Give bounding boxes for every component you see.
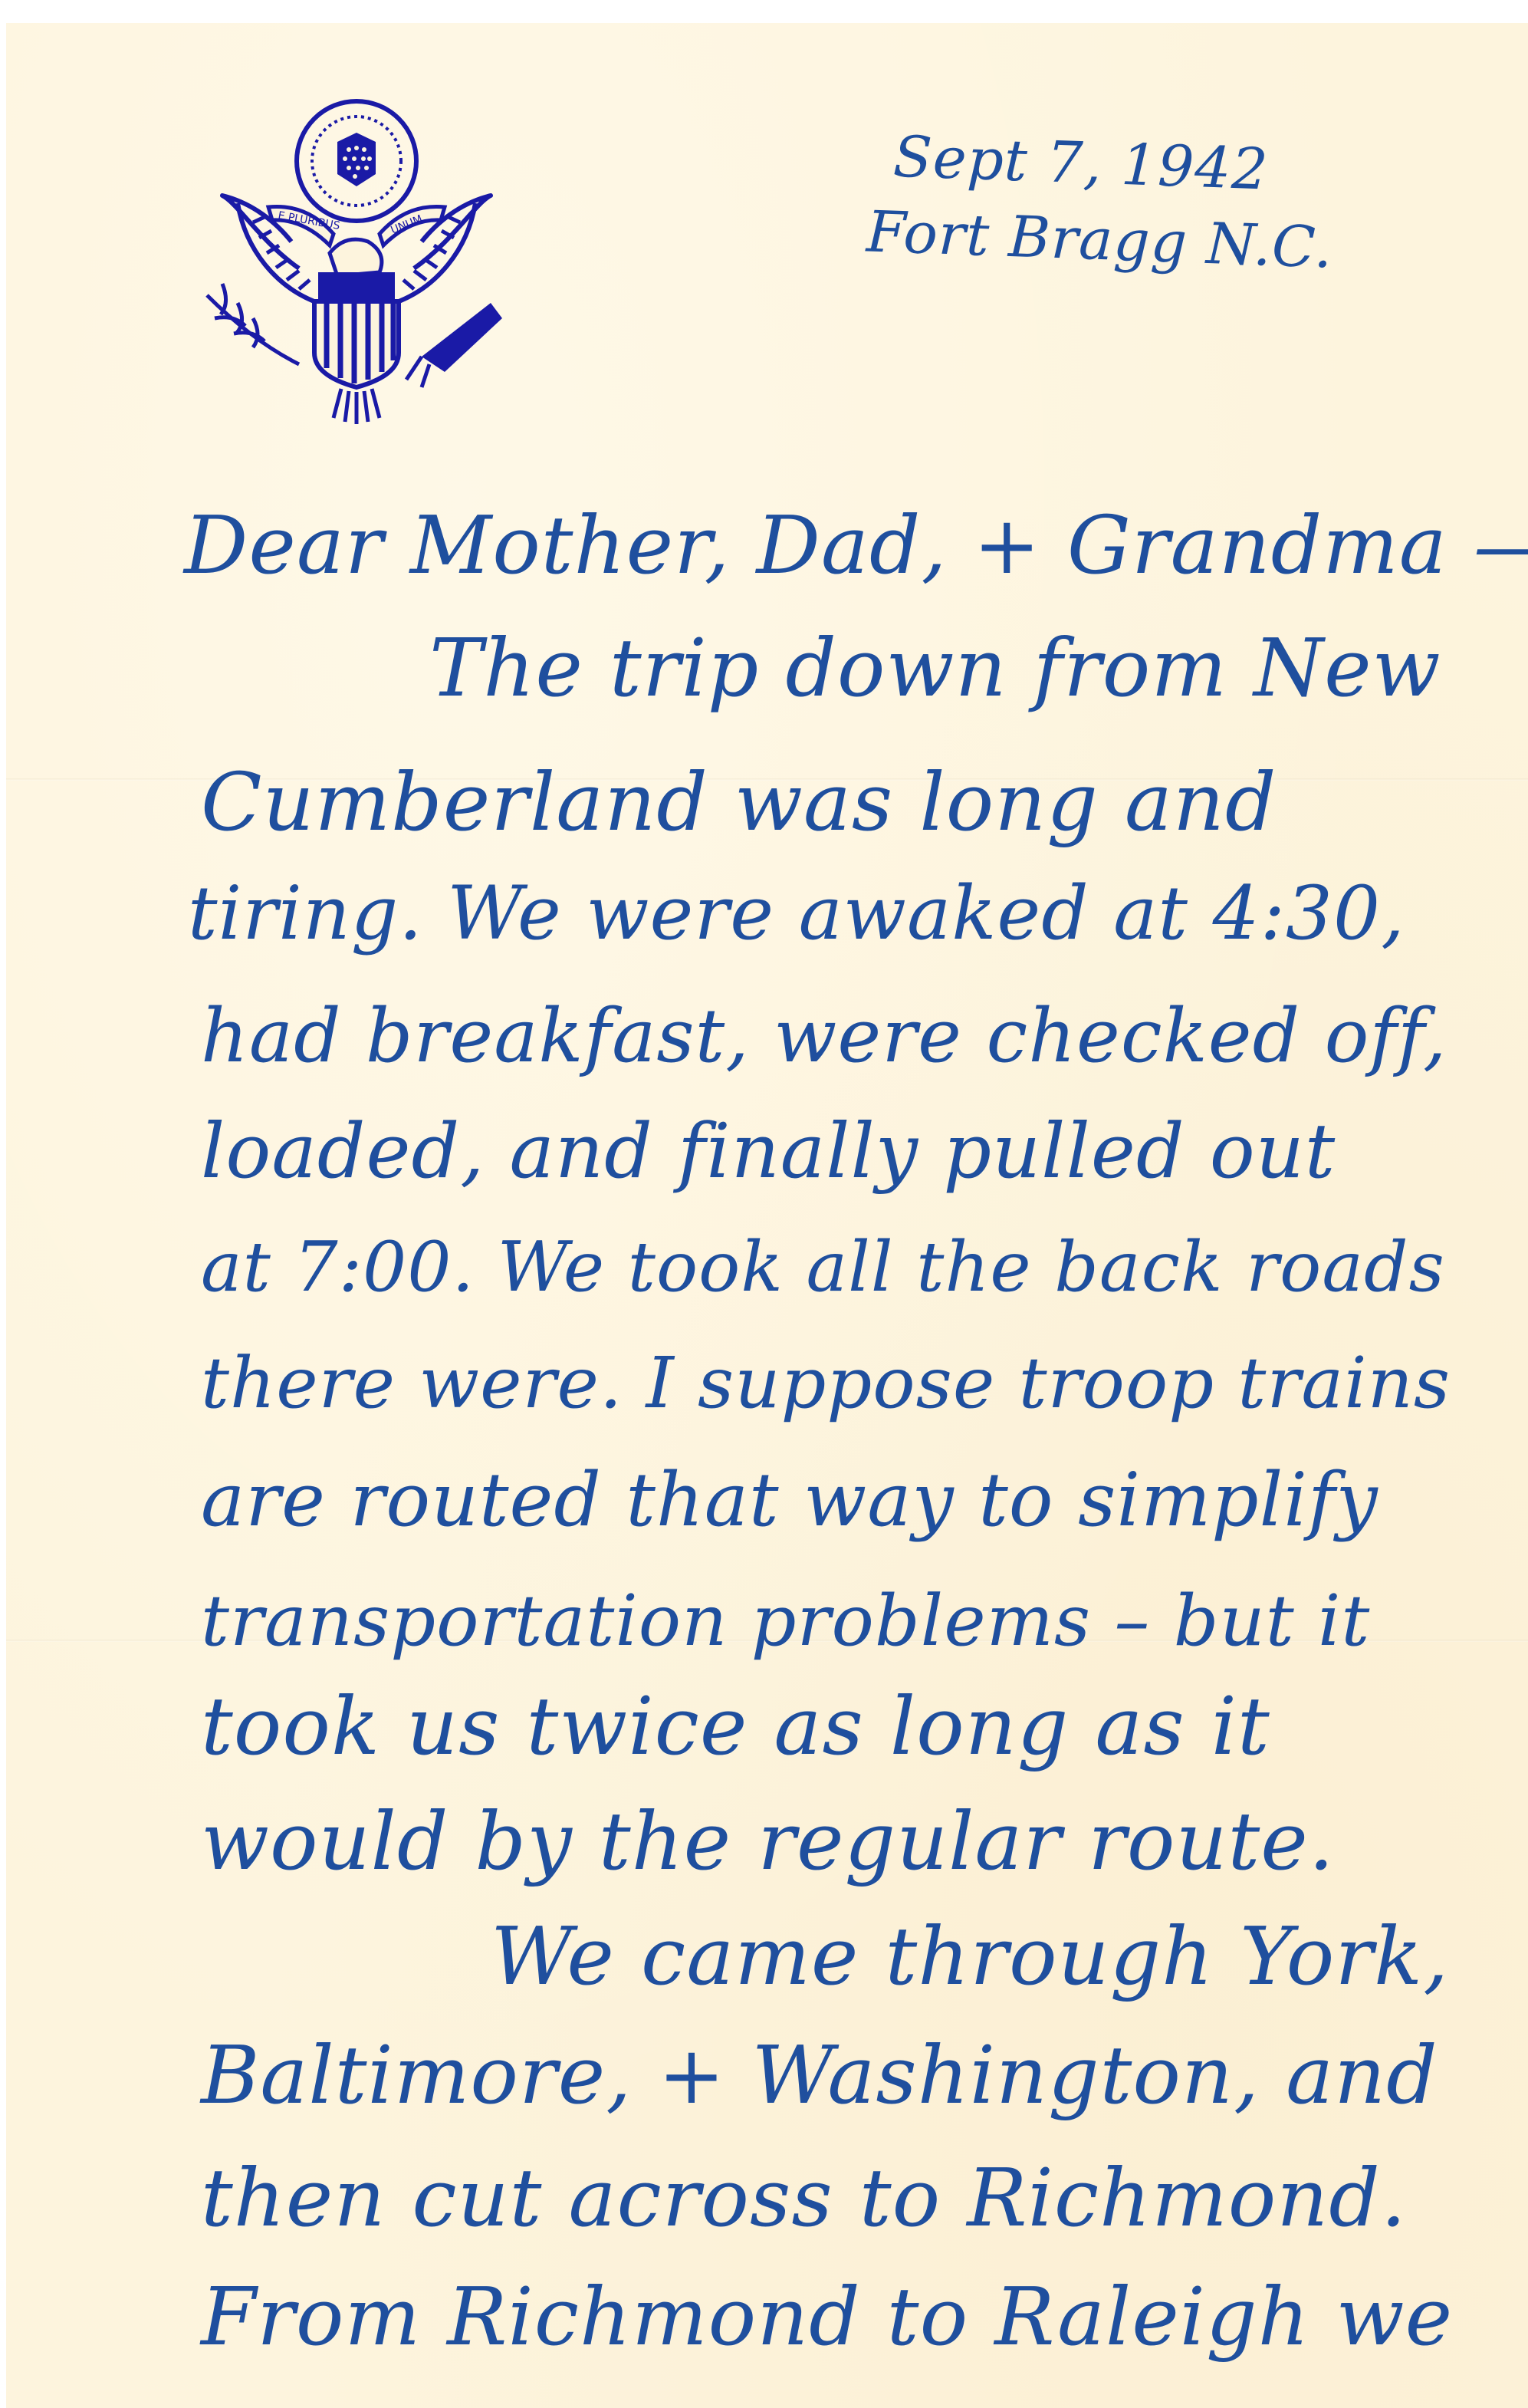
great-seal-eagle-icon: E PLURIBUS UNUM <box>192 88 521 426</box>
letter-line: took us twice as long as it <box>201 1679 1270 1773</box>
letter-line: would by the regular route. <box>201 1794 1335 1888</box>
letter-line: transportation problems – but it <box>201 1580 1370 1662</box>
letter-line: then cut across to Richmond. <box>201 2151 1407 2245</box>
letter-line: at 7:00. We took all the back roads <box>201 1227 1445 1308</box>
letter-line: tiring. We were awaked at 4:30, <box>188 870 1405 956</box>
letter-line: From Richmond to Raleigh we <box>201 2270 1453 2364</box>
letter-line: We came through York, <box>491 1910 1449 2003</box>
letter-line: Baltimore, + Washington, and <box>201 2028 1438 2122</box>
letter-line: Cumberland was long and <box>201 755 1277 849</box>
letter-date: Sept 7, 1942 <box>892 123 1270 202</box>
letter-line: are routed that way to simplify <box>201 1457 1378 1543</box>
salutation: Dear Mother, Dad, + Grandma — <box>184 498 1528 592</box>
letter-line: there were. I suppose troop trains <box>201 1342 1451 1424</box>
letter-line: loaded, and finally pulled out <box>201 1108 1336 1196</box>
letter-line: had breakfast, were checked off, <box>201 993 1447 1079</box>
letter-line: The trip down from New <box>429 621 1441 715</box>
